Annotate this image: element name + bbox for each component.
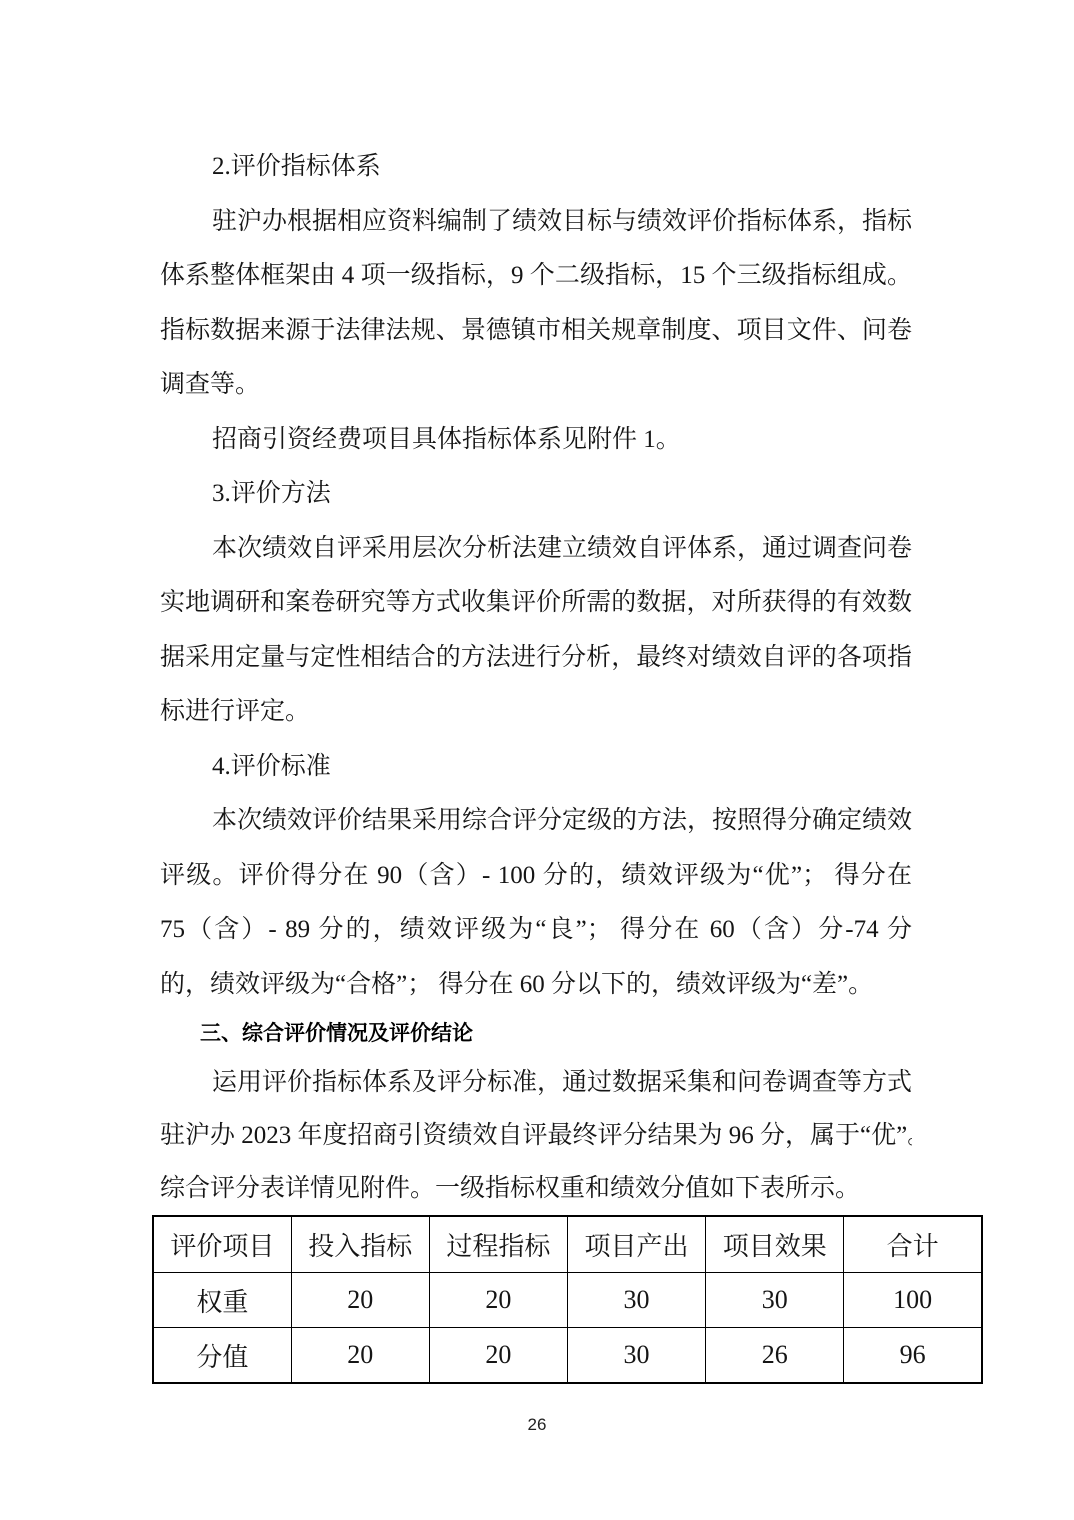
text-line: 标进行评定。 (160, 685, 912, 740)
table-cell: 30 (706, 1273, 844, 1328)
text-line: 本次绩效评价结果采用综合评分定级的方法，按照得分确定绩效 (160, 794, 912, 849)
text-line: 驻沪办根据相应资料编制了绩效目标与绩效评价指标体系，指标 (160, 195, 912, 250)
table-header-cell: 项目效果 (706, 1216, 844, 1273)
text-line: 75（含）- 89 分的，绩效评级为“良”； 得分在 60（含）分-74 分 (160, 903, 912, 958)
document-content: 2.评价指标体系驻沪办根据相应资料编制了绩效目标与绩效评价指标体系，指标体系整体… (160, 140, 912, 1215)
table-cell: 20 (429, 1328, 567, 1384)
text-line: 驻沪办 2023 年度招商引资绩效自评最终评分结果为 96 分，属于“优”。 (160, 1109, 912, 1162)
numbered-heading: 3.评价方法 (160, 467, 912, 522)
row-label-cell: 分值 (153, 1328, 291, 1384)
row-label-cell: 权重 (153, 1273, 291, 1328)
text-line: 三、综合评价情况及评价结论 (160, 1012, 912, 1056)
table-cell: 20 (291, 1328, 429, 1384)
text-line: 实地调研和案卷研究等方式收集评价所需的数据，对所获得的有效数 (160, 576, 912, 631)
text-line: 4.评价标准 (160, 740, 912, 795)
body-paragraph: 本次绩效自评采用层次分析法建立绩效自评体系，通过调查问卷、实地调研和案卷研究等方… (160, 522, 912, 740)
body-paragraph: 本次绩效评价结果采用综合评分定级的方法，按照得分确定绩效评级。评价得分在 90（… (160, 794, 912, 1012)
table-header-row: 评价项目投入指标过程指标项目产出项目效果合计 (153, 1216, 982, 1273)
text-line: 体系整体框架由 4 项一级指标，9 个二级指标，15 个三级指标组成。 (160, 249, 912, 304)
table-header-cell: 过程指标 (429, 1216, 567, 1273)
table-header-cell: 评价项目 (153, 1216, 291, 1273)
text-line: 2.评价指标体系 (160, 140, 912, 195)
text-line: 的，绩效评级为“合格”； 得分在 60 分以下的，绩效评级为“差”。 (160, 958, 912, 1013)
table-cell: 26 (706, 1328, 844, 1384)
table-row: 分值2020302696 (153, 1328, 982, 1384)
text-line: 运用评价指标体系及评分标准，通过数据采集和问卷调查等方式， (160, 1056, 912, 1109)
text-line: 招商引资经费项目具体指标体系见附件 1。 (160, 413, 912, 468)
table-header-cell: 项目产出 (567, 1216, 705, 1273)
section-heading: 三、综合评价情况及评价结论 (160, 1012, 912, 1056)
indicator-summary-table: 评价项目投入指标过程指标项目产出项目效果合计 权重20203030100分值20… (152, 1215, 983, 1384)
table-header-cell: 投入指标 (291, 1216, 429, 1273)
table-cell: 96 (844, 1328, 982, 1384)
table-cell: 30 (567, 1273, 705, 1328)
text-line: 据采用定量与定性相结合的方法进行分析，最终对绩效自评的各项指 (160, 631, 912, 686)
text-line: 3.评价方法 (160, 467, 912, 522)
text-line: 综合评分表详情见附件。一级指标权重和绩效分值如下表所示。 (160, 1162, 912, 1215)
body-paragraph: 招商引资经费项目具体指标体系见附件 1。 (160, 413, 912, 468)
body-tight: 运用评价指标体系及评分标准，通过数据采集和问卷调查等方式，驻沪办 2023 年度… (160, 1056, 912, 1215)
table-row: 权重20203030100 (153, 1273, 982, 1328)
table-cell: 20 (429, 1273, 567, 1328)
document-page: 2.评价指标体系驻沪办根据相应资料编制了绩效目标与绩效评价指标体系，指标体系整体… (0, 0, 1074, 1520)
numbered-heading: 4.评价标准 (160, 740, 912, 795)
table-cell: 30 (567, 1328, 705, 1384)
text-line: 评级。评价得分在 90（含）- 100 分的，绩效评级为“优”； 得分在 (160, 849, 912, 904)
table-cell: 20 (291, 1273, 429, 1328)
text-line: 本次绩效自评采用层次分析法建立绩效自评体系，通过调查问卷、 (160, 522, 912, 577)
body-paragraph: 驻沪办根据相应资料编制了绩效目标与绩效评价指标体系，指标体系整体框架由 4 项一… (160, 195, 912, 413)
table-cell: 100 (844, 1273, 982, 1328)
table-header-cell: 合计 (844, 1216, 982, 1273)
page-number: 26 (0, 1415, 1074, 1435)
text-line: 调查等。 (160, 358, 912, 413)
numbered-heading: 2.评价指标体系 (160, 140, 912, 195)
table-body: 权重20203030100分值2020302696 (153, 1273, 982, 1384)
text-line: 指标数据来源于法律法规、景德镇市相关规章制度、项目文件、问卷 (160, 304, 912, 359)
